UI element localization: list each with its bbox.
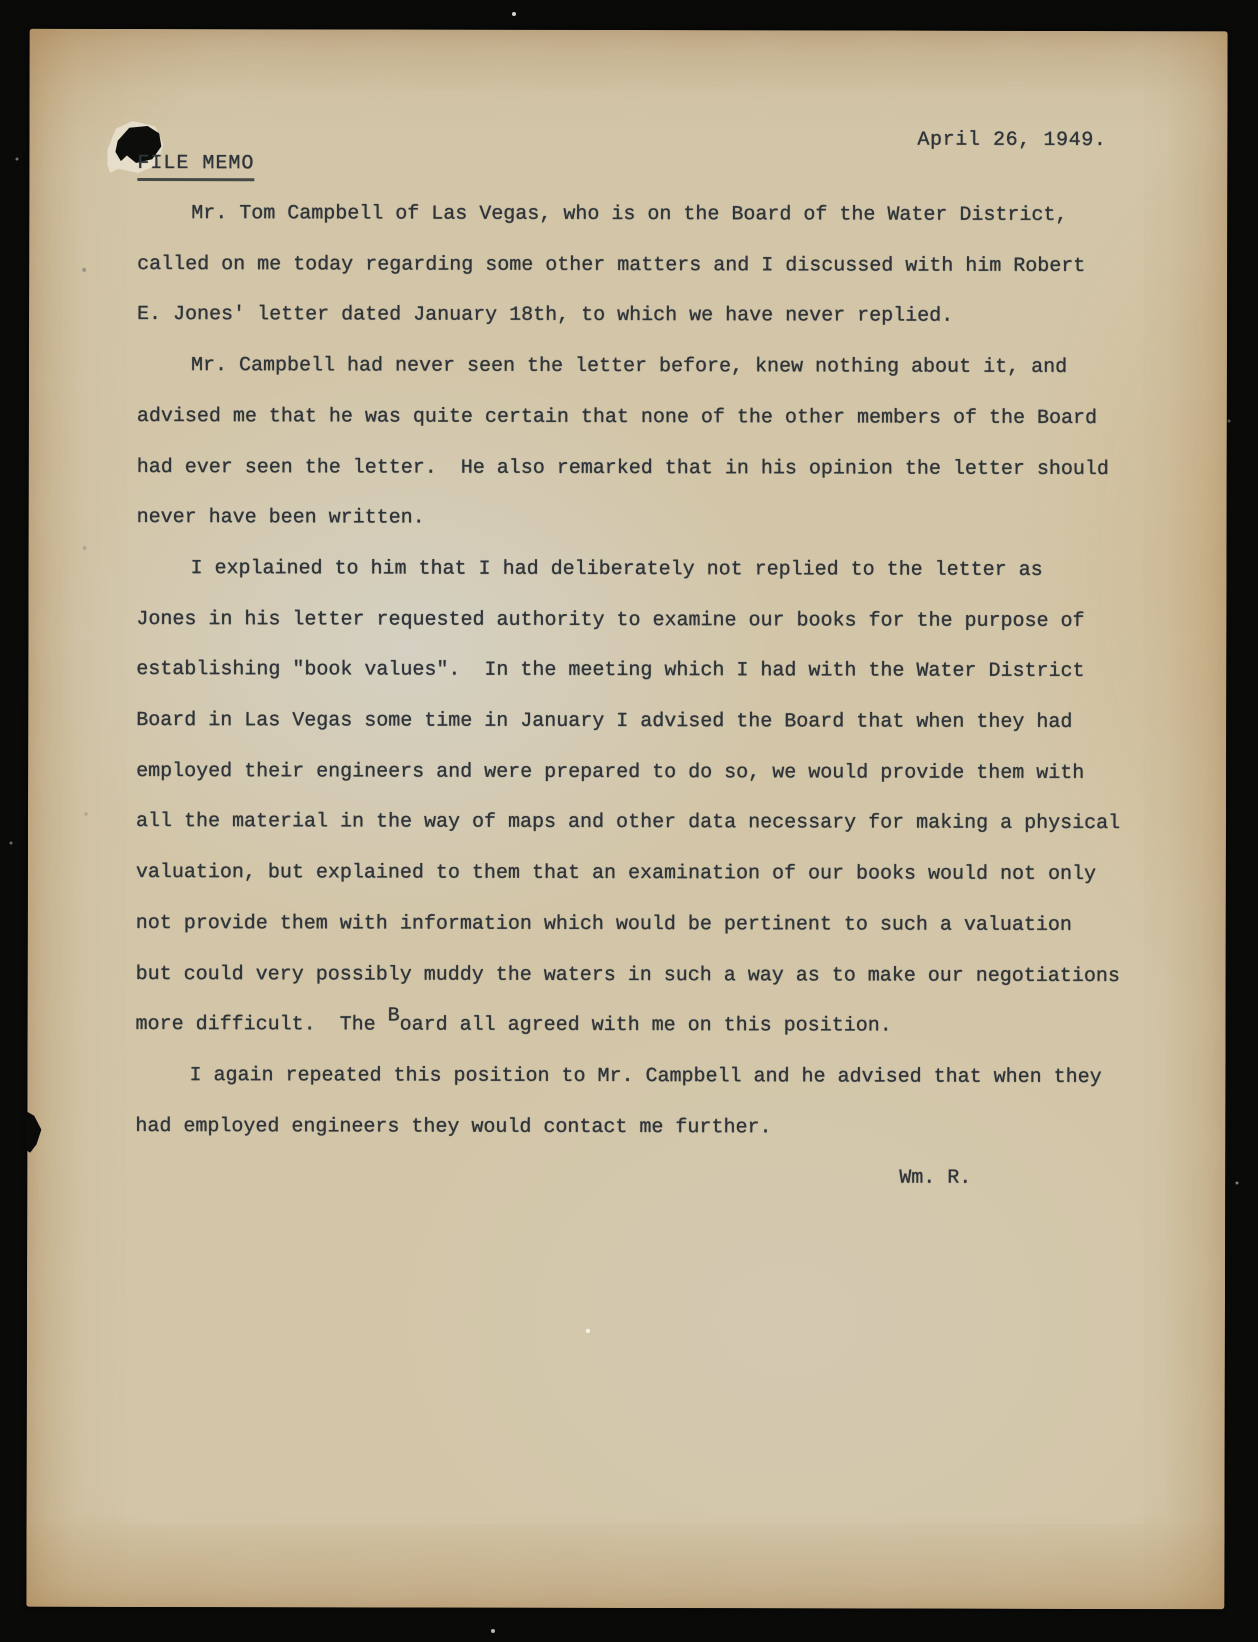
memo-line: employed their engineers and were prepar… xyxy=(136,747,1120,800)
memo-line: had employed engineers they would contac… xyxy=(135,1102,1119,1155)
memo-line: had ever seen the letter. He also remark… xyxy=(137,442,1121,495)
dust-specks xyxy=(0,0,2,2)
memo-body: Mr. Tom Campbell of Las Vegas, who is on… xyxy=(135,189,1121,1205)
memo-line-segment: more difficult. The xyxy=(136,1013,388,1037)
paper-flecks xyxy=(30,29,32,31)
edge-notch xyxy=(25,1111,41,1153)
memo-line: E. Jones' letter dated January 18th, to … xyxy=(137,290,1121,343)
memo-line: called on me today regarding some other … xyxy=(137,240,1121,293)
memo-line: but could very possibly muddy the waters… xyxy=(136,950,1120,1003)
memo-line: Jones in his letter requested authority … xyxy=(136,595,1120,648)
scanner-bed: { "page": { "background_color": "#0a0a09… xyxy=(0,0,1258,1642)
memo-line: Mr. Tom Campbell of Las Vegas, who is on… xyxy=(137,189,1121,242)
memo-line-segment: B xyxy=(388,1005,400,1028)
memo-line: not provide them with information which … xyxy=(136,899,1120,952)
memo-line: I explained to him that I had deliberate… xyxy=(136,544,1120,597)
memo-line: never have been written. xyxy=(137,493,1121,546)
memo-line: I again repeated this position to Mr. Ca… xyxy=(135,1051,1119,1104)
signature: Wm. R. xyxy=(135,1152,1119,1205)
memo-line: Board in Las Vegas some time in January … xyxy=(136,696,1120,749)
memo-line: establishing "book values". In the meeti… xyxy=(136,645,1120,698)
memo-line: all the material in the way of maps and … xyxy=(136,797,1120,850)
memo-line: advised me that he was quite certain tha… xyxy=(137,392,1121,445)
memo-line-segment: oard all agreed with me on this position… xyxy=(400,1014,892,1038)
memo-date: April 26, 1949. xyxy=(917,129,1106,152)
memo-line: Mr. Campbell had never seen the letter b… xyxy=(137,341,1121,394)
memo-line: more difficult. The Board all agreed wit… xyxy=(136,1000,1120,1053)
memo-paper: April 26, 1949. FILE MEMO Mr. Tom Campbe… xyxy=(26,29,1227,1610)
memo-title: FILE MEMO xyxy=(137,152,254,181)
memo-line: valuation, but explained to them that an… xyxy=(136,848,1120,901)
